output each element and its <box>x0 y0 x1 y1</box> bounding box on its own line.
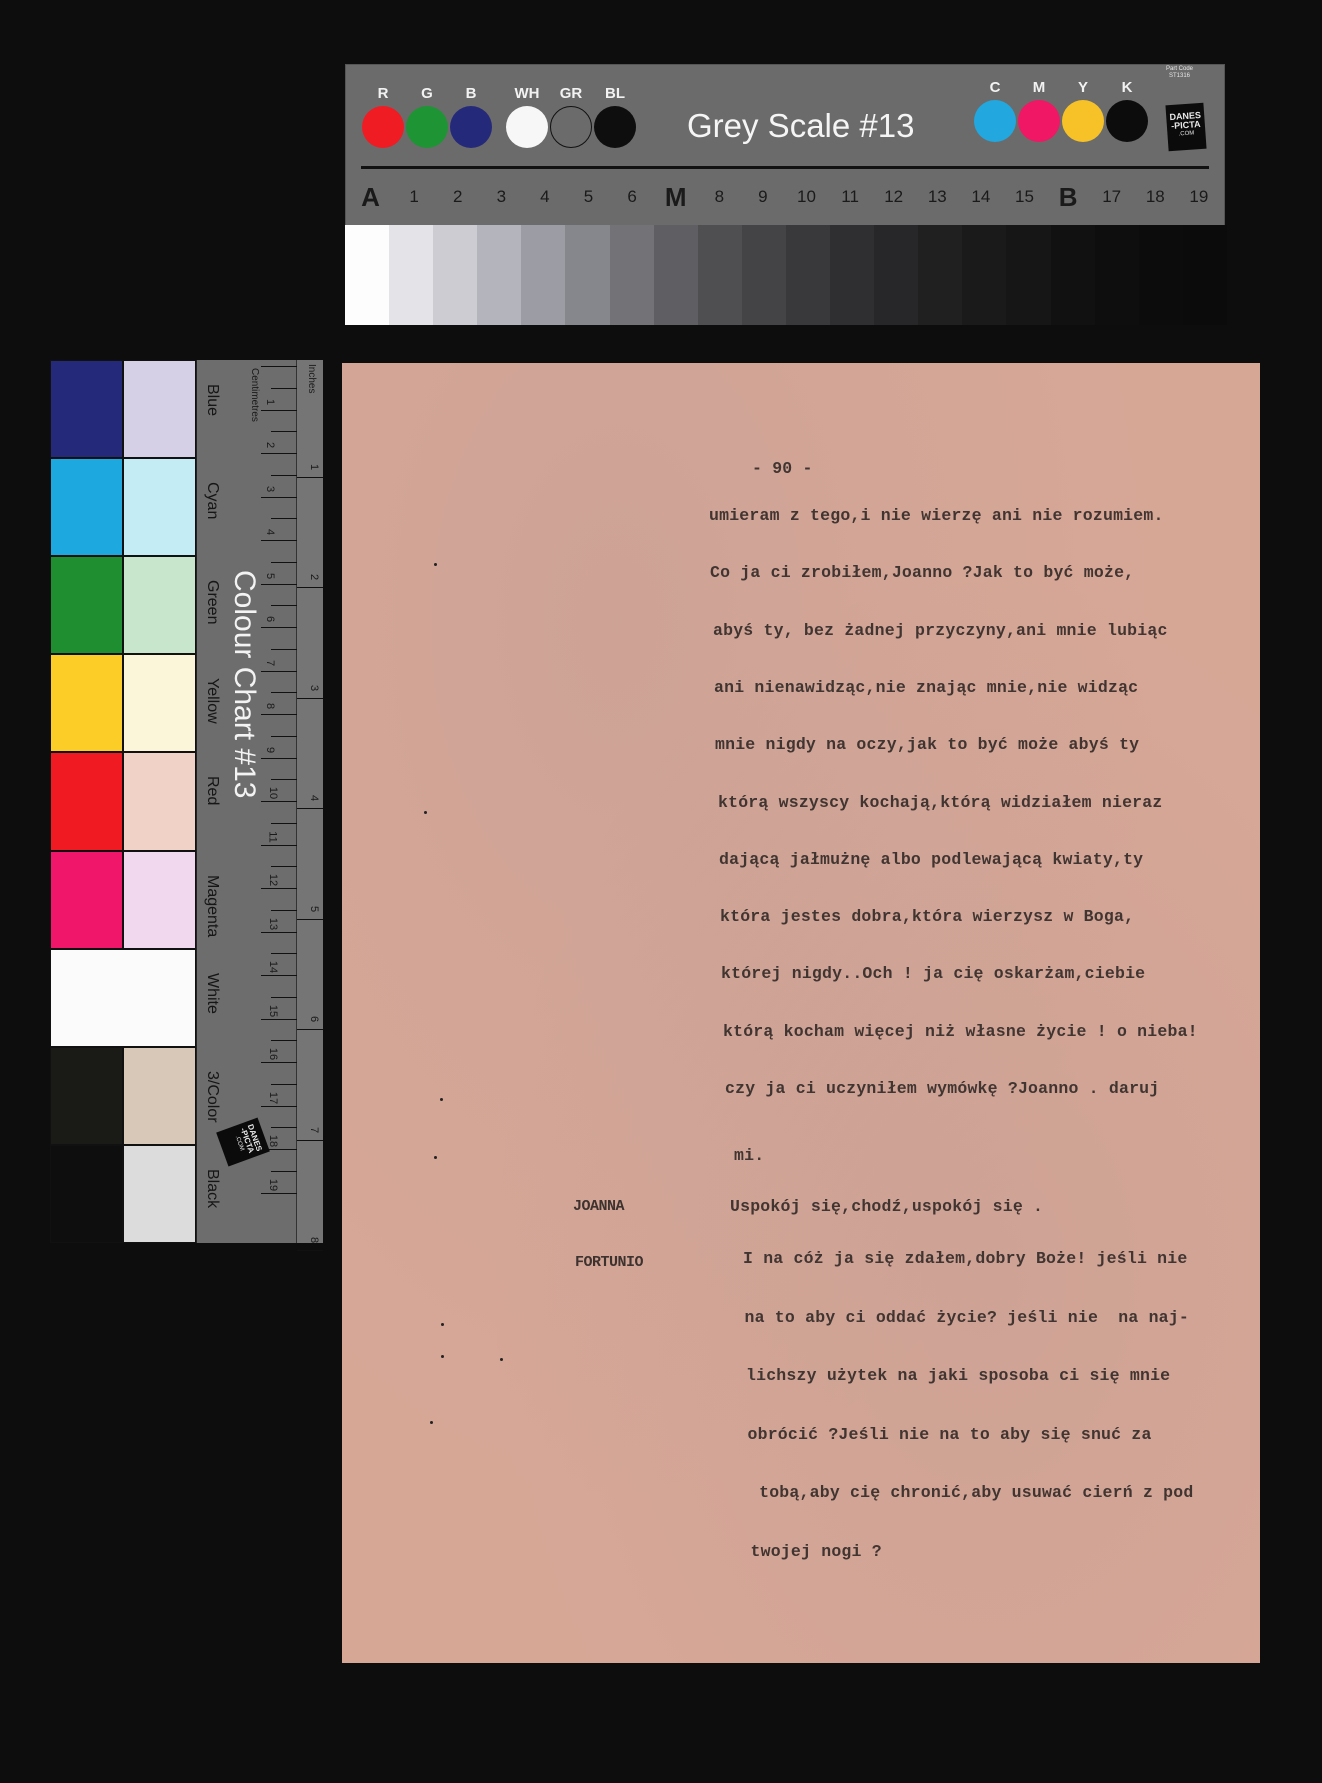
inch-label: 1 <box>308 463 320 469</box>
inch-label: 3 <box>308 684 320 690</box>
swatch-red-dark <box>50 752 123 850</box>
text-line: dającą jałmużnę albo podlewającą kwiaty,… <box>719 850 1143 869</box>
cm-tick <box>271 910 297 911</box>
grey-step <box>786 225 830 325</box>
paper-speck <box>500 1358 503 1361</box>
swatch-black-dark <box>50 1145 123 1243</box>
cm-tick <box>261 540 297 541</box>
colour-name: Green <box>203 580 221 624</box>
cm-label: 8 <box>264 703 276 709</box>
cm-tick <box>271 388 297 389</box>
swatch-black-light <box>123 1145 196 1243</box>
cm-tick <box>271 1084 297 1085</box>
colour-name: Red <box>203 776 221 805</box>
cm-tick <box>261 627 297 628</box>
grey-step <box>1051 225 1095 325</box>
colour-name: Cyan <box>203 482 221 519</box>
grey-step <box>1095 225 1139 325</box>
cm-label: 4 <box>264 529 276 535</box>
colour-name: Magenta <box>203 875 221 937</box>
scale-label: 15 <box>1003 182 1046 212</box>
text-line: której nigdy..Och ! ja cię oskarżam,cieb… <box>721 964 1145 983</box>
grey-step <box>742 225 786 325</box>
patch-wh: WH <box>505 84 549 148</box>
colour-name: Blue <box>203 384 221 416</box>
grey-step <box>698 225 742 325</box>
inch-tick <box>297 587 323 588</box>
grey-scale-card: Part Code ST1316 RGBWHGRBLCMYK Grey Scal… <box>345 64 1225 226</box>
cm-tick <box>261 801 297 802</box>
cm-label: 3 <box>264 485 276 491</box>
dark-swatch-column <box>50 360 123 1243</box>
cm-tick <box>261 1062 297 1063</box>
cm-tick <box>271 997 297 998</box>
inch-label: 6 <box>308 1016 320 1022</box>
colour-chart-card: BlueCyanGreenYellowRedMagentaWhite3/Colo… <box>50 360 322 1243</box>
scale-label: 12 <box>872 182 915 212</box>
scale-label: 18 <box>1134 182 1177 212</box>
grey-step <box>1183 225 1227 325</box>
cm-tick <box>271 823 297 824</box>
cm-tick <box>271 1040 297 1041</box>
swatch-3-color-light <box>123 1047 196 1145</box>
color-dot <box>362 106 404 148</box>
cm-tick <box>261 366 297 367</box>
patch-label: Y <box>1061 78 1105 98</box>
patch-y: Y <box>1061 78 1105 142</box>
color-dot <box>594 106 636 148</box>
scale-label: 13 <box>916 182 959 212</box>
colour-name: White <box>203 973 221 1014</box>
patch-label: GR <box>549 84 593 104</box>
swatch-green-light <box>123 556 196 654</box>
typewritten-page: - 90 - umieram z tego,i nie wierzę ani n… <box>342 363 1260 1663</box>
inch-tick <box>297 1250 323 1251</box>
cm-label: 6 <box>264 616 276 622</box>
cm-tick <box>261 845 297 846</box>
colour-name: Yellow <box>203 678 221 724</box>
cm-tick <box>271 649 297 650</box>
color-dot <box>1018 100 1060 142</box>
cm-label: 13 <box>267 917 279 929</box>
scale-label: 19 <box>1177 182 1220 212</box>
swatch-blue-light <box>123 360 196 458</box>
cm-tick <box>271 1171 297 1172</box>
cm-tick <box>261 1193 297 1194</box>
light-swatch-column <box>123 360 196 1243</box>
dialogue-line: lichszy użytek na jaki sposoba ci się mn… <box>746 1366 1170 1385</box>
cm-label: 18 <box>267 1135 279 1147</box>
cm-tick <box>261 758 297 759</box>
color-dot <box>974 100 1016 142</box>
speaker-fortunio: FORTUNIO <box>575 1254 643 1271</box>
scale-label: A <box>349 182 392 212</box>
cm-label: 12 <box>267 874 279 886</box>
inch-label: 7 <box>308 1126 320 1132</box>
cm-label: 2 <box>264 442 276 448</box>
danes-picta-logo: DANES -PICTA .COM <box>1165 103 1206 152</box>
cm-tick <box>261 671 297 672</box>
scale-label: 4 <box>523 182 566 212</box>
cm-label: 19 <box>267 1178 279 1190</box>
scale-label: B <box>1047 182 1090 212</box>
patch-label: C <box>973 78 1017 98</box>
grey-scale-title: Grey Scale #13 <box>687 106 914 146</box>
grey-step <box>1139 225 1183 325</box>
grey-step <box>477 225 521 325</box>
grey-step <box>565 225 609 325</box>
scale-label: 1 <box>393 182 436 212</box>
patch-label: B <box>449 84 493 104</box>
cm-tick <box>261 932 297 933</box>
dialogue-line: obrócić ?Jeśli nie na to aby się snuć za <box>748 1425 1152 1444</box>
speaker-joanna: JOANNA <box>573 1198 624 1215</box>
swatch-magenta-light <box>123 851 196 949</box>
grey-step <box>433 225 477 325</box>
scale-label: 11 <box>829 182 872 212</box>
grey-step <box>830 225 874 325</box>
paper-speck <box>434 1156 437 1159</box>
inch-tick <box>297 1029 323 1030</box>
scale-label: 3 <box>480 182 523 212</box>
cm-tick <box>271 779 297 780</box>
scale-label: 9 <box>741 182 784 212</box>
unit-centimetres: Centimetres <box>249 368 260 422</box>
color-dot <box>1106 100 1148 142</box>
swatch-cyan-dark <box>50 458 123 556</box>
inch-tick <box>297 919 323 920</box>
text-line: którą wszyscy kochają,którą widziałem ni… <box>718 793 1162 812</box>
text-line: umieram z tego,i nie wierzę ani nie rozu… <box>709 506 1164 525</box>
patch-label: BL <box>593 84 637 104</box>
ruler-strip: BlueCyanGreenYellowRedMagentaWhite3/Colo… <box>196 360 323 1243</box>
swatch-yellow-light <box>123 654 196 752</box>
cm-label: 5 <box>264 572 276 578</box>
dialogue-line: Uspokój się,chodź,uspokój się . <box>730 1197 1043 1216</box>
cm-label: 1 <box>264 398 276 404</box>
text-line: mnie nigdy na oczy,jak to być może abyś … <box>715 735 1139 754</box>
patch-m: M <box>1017 78 1061 142</box>
color-dot <box>1062 100 1104 142</box>
cm-label: 11 <box>267 831 279 842</box>
patch-label: M <box>1017 78 1061 98</box>
cm-label: 16 <box>267 1048 279 1060</box>
swatch-yellow-dark <box>50 654 123 752</box>
cm-tick <box>271 866 297 867</box>
inch-label: 8 <box>308 1237 320 1243</box>
text-line: która jestes dobra,która wierzysz w Boga… <box>720 907 1134 926</box>
page-number: - 90 - <box>752 459 813 478</box>
cm-tick <box>261 1106 297 1107</box>
scale-label: 2 <box>436 182 479 212</box>
dialogue-line: I na cóż ja się zdałem,dobry Boże! jeśli… <box>743 1249 1187 1268</box>
color-dot <box>550 106 592 148</box>
swatch-cyan-light <box>123 458 196 556</box>
scale-label: 5 <box>567 182 610 212</box>
inch-label: 5 <box>308 905 320 911</box>
grey-step <box>521 225 565 325</box>
cm-tick <box>271 431 297 432</box>
grey-step <box>1006 225 1050 325</box>
swatch-blue-dark <box>50 360 123 458</box>
color-dot <box>506 106 548 148</box>
color-dot <box>406 106 448 148</box>
grey-step <box>610 225 654 325</box>
paper-speck <box>440 1098 443 1101</box>
inch-tick <box>297 808 323 809</box>
cm-tick <box>261 888 297 889</box>
grey-step <box>654 225 698 325</box>
inch-label: 4 <box>308 795 320 801</box>
cm-label: 14 <box>267 961 279 973</box>
scale-label: 14 <box>959 182 1002 212</box>
cm-tick <box>271 475 297 476</box>
swatch-3-color-dark <box>50 1047 123 1145</box>
scale-label: 17 <box>1090 182 1133 212</box>
cm-tick <box>261 410 297 411</box>
cm-label: 7 <box>264 659 276 665</box>
colour-name: Black <box>203 1169 221 1208</box>
unit-inches: Inches <box>306 364 317 393</box>
grey-step <box>345 225 389 325</box>
patch-r: R <box>361 84 405 148</box>
cm-label: 15 <box>267 1004 279 1016</box>
paper-speck <box>424 811 427 814</box>
grey-step <box>874 225 918 325</box>
cm-label: 9 <box>264 746 276 752</box>
scale-label: M <box>654 182 697 212</box>
cm-tick <box>261 497 297 498</box>
cm-tick <box>261 714 297 715</box>
grey-step <box>389 225 433 325</box>
cm-tick <box>271 562 297 563</box>
grey-step <box>962 225 1006 325</box>
inch-label: 2 <box>308 574 320 580</box>
grey-scale-labels: A123456M89101112131415B171819 <box>345 182 1225 212</box>
text-line: czy ja ci uczyniłem wymówkę ?Joanno . da… <box>725 1079 1159 1098</box>
cm-tick <box>261 975 297 976</box>
scale-label: 6 <box>611 182 654 212</box>
dialogue-line: twojej nogi ? <box>751 1542 882 1561</box>
dialogue-line: na to aby ci oddać życie? jeśli nie na n… <box>745 1308 1189 1327</box>
inch-tick <box>297 698 323 699</box>
grey-step <box>918 225 962 325</box>
text-line: Co ja ci zrobiłem,Joanno ?Jak to być moż… <box>710 563 1134 582</box>
paper-speck <box>441 1323 444 1326</box>
patch-g: G <box>405 84 449 148</box>
danes-picta-logo: DANES -PICTA .COM <box>216 1118 270 1167</box>
patch-gr: GR <box>549 84 593 148</box>
cm-tick <box>271 1127 297 1128</box>
patch-label: G <box>405 84 449 104</box>
cm-tick <box>261 453 297 454</box>
inch-edge <box>296 360 323 1243</box>
text-line: abyś ty, bez żadnej przyczyny,ani mnie l… <box>713 621 1168 640</box>
patch-bl: BL <box>593 84 637 148</box>
patch-k: K <box>1105 78 1149 142</box>
dialogue-line: tobą,aby cię chronić,aby usuwać cierń z … <box>749 1483 1193 1502</box>
cm-tick <box>261 1019 297 1020</box>
colour-chart-title: Colour Chart #13 <box>227 570 261 798</box>
text-line: mi. <box>734 1146 764 1165</box>
scale-label: 10 <box>785 182 828 212</box>
cm-tick <box>271 953 297 954</box>
text-line: ani nienawidząc,nie znając mnie,nie widz… <box>714 678 1138 697</box>
patch-label: R <box>361 84 405 104</box>
grey-scale-strip <box>345 225 1227 325</box>
scale-label: 8 <box>698 182 741 212</box>
cm-label: 10 <box>267 787 279 799</box>
text-line: którą kocham więcej niż własne życie ! o… <box>723 1022 1198 1041</box>
patch-label: WH <box>505 84 549 104</box>
patch-label: K <box>1105 78 1149 98</box>
cm-tick <box>271 736 297 737</box>
swatch-magenta-dark <box>50 851 123 949</box>
paper-speck <box>434 563 437 566</box>
swatch-red-light <box>123 752 196 850</box>
divider <box>361 166 1209 169</box>
paper-speck <box>430 1421 433 1424</box>
cm-tick <box>271 692 297 693</box>
patch-b: B <box>449 84 493 148</box>
colour-name: 3/Color <box>203 1071 221 1123</box>
cm-label: 17 <box>267 1091 279 1103</box>
color-dot <box>450 106 492 148</box>
paper-speck <box>441 1355 444 1358</box>
patch-c: C <box>973 78 1017 142</box>
swatch-green-dark <box>50 556 123 654</box>
cm-tick <box>261 584 297 585</box>
cm-tick <box>271 605 297 606</box>
cm-tick <box>271 518 297 519</box>
inch-tick <box>297 477 323 478</box>
inch-tick <box>297 1140 323 1141</box>
